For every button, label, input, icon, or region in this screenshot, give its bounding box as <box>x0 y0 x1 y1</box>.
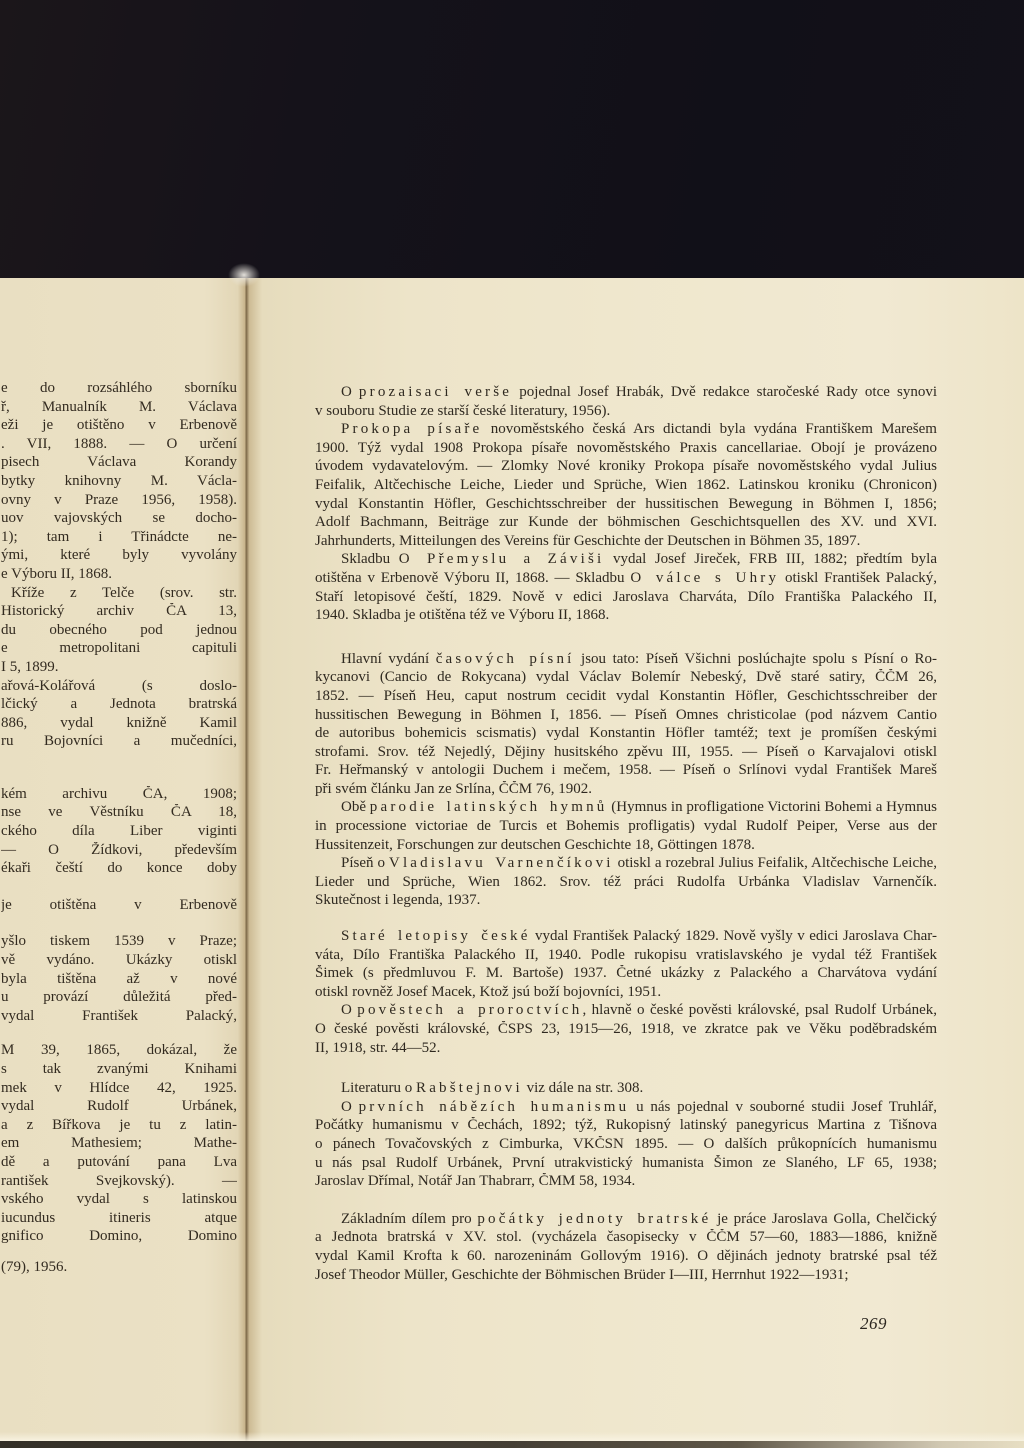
right-page-column: O prozaisaci verše pojednal Josef Hrabák… <box>315 384 937 1285</box>
text-line: a Jednota bratrská v XV. stol. (vycházel… <box>315 1229 937 1248</box>
text-line: Staré letopisy české vydal František Pal… <box>315 928 937 947</box>
text-line: vydal Konstantin Höfler, Geschichtsschre… <box>315 496 937 515</box>
text-line: Lieder und Sprüche, Wien 1862. Srov. též… <box>315 874 937 893</box>
letterspaced-emphasis: O Přemyslu a Záviši <box>399 551 605 567</box>
text-line: Fr. Heřmanský v antologii Duchem i mečem… <box>315 762 937 781</box>
text-line: Adolf Bachmann, Beiträge zur Kunde der b… <box>315 514 937 533</box>
letterspaced-emphasis: Rabštejnovi <box>416 1080 523 1096</box>
text-line: O prozaisaci verše pojednal Josef Hrabák… <box>315 384 937 403</box>
text-line: de autoribus bohemicis scismatis) vydal … <box>315 725 937 744</box>
text-line: 1852. — Píseň Heu, caput nostrum cecidit… <box>315 688 937 707</box>
text-line: při svém článku Jan ze Srlína, ČČM 76, 1… <box>315 781 937 800</box>
text-line: Skutečnost i legenda, 1937. <box>315 892 937 911</box>
text-line: pisech Václava Korandy <box>1 454 237 473</box>
text-line: ékaři čeští do konce doby <box>1 860 237 879</box>
text-line: vydal Kamil Krofta k 60. narozeninám Gol… <box>315 1248 937 1267</box>
text-line: I 5, 1899. <box>1 659 237 678</box>
text-line: Píseň o Vladislavu Varnenčíkovi otiskl a… <box>315 855 937 874</box>
text-line: s tak zvanými Knihami <box>1 1061 237 1080</box>
text-line: kém archivu ČA, 1908; <box>1 786 237 805</box>
text-line: Počátky humanismu v Čechách, 1892; týž, … <box>315 1117 937 1136</box>
text-line: Šimek (s předmluvou F. M. Bartoše) 1937.… <box>315 965 937 984</box>
text-line: vydal Rudolf Urbánek, <box>1 1098 237 1117</box>
text-line: nse ve Věstníku ČA 18, <box>1 804 237 823</box>
text-line: eži je otištěno v Erbenově <box>1 417 237 436</box>
text-line: otištěna v Erbenově Výboru II, 1868. — S… <box>315 570 937 589</box>
text-line: O prvních nábězích humanismu u nás pojed… <box>315 1099 937 1118</box>
text-line: Staří letopisové čeští, 1829. Nově v edi… <box>315 589 937 608</box>
text-line: 1900. Týž vydal 1908 Prokopa písaře novo… <box>315 440 937 459</box>
letterspaced-emphasis: pověstech a proroctvích <box>357 1002 582 1018</box>
text-line: du obecného pod jednou <box>1 622 237 641</box>
gutter-edge-highlight <box>228 263 260 287</box>
text-line: iucundus itineris atque <box>1 1210 237 1229</box>
text-line: ckého díla Liber viginti <box>1 823 237 842</box>
page-number: 269 <box>860 1314 887 1334</box>
text-line: bytky knihovny M. Václa- <box>1 473 237 492</box>
text-line: Prokopa písaře novoměstského česká Ars d… <box>315 421 937 440</box>
text-line: 1); tam i Třinádcte ne- <box>1 529 237 548</box>
text-line: Literaturu o Rabštejnovi viz dále na str… <box>315 1080 937 1099</box>
text-line: v souboru Studie ze starší české literat… <box>315 403 937 422</box>
text-line: Skladbu O Přemyslu a Záviši vydal Josef … <box>315 551 937 570</box>
text-line: u provází důležitá před- <box>1 989 237 1008</box>
text-line: ovny v Praze 1956, 1958). <box>1 492 237 511</box>
text-line: Kříže z Telče (srov. str. <box>1 585 237 604</box>
text-line: e do rozsáhlého sborníku <box>1 380 237 399</box>
text-line: strofami. Srov. též Nejedlý, Dějiny husi… <box>315 744 937 763</box>
letterspaced-emphasis: prvních nábězích humanismu <box>359 1099 630 1115</box>
text-line: yšlo tiskem 1539 v Praze; <box>1 933 237 952</box>
letterspaced-emphasis: Vladislavu Varnenčíkovi <box>389 855 614 871</box>
text-line: Josef Theodor Müller, Geschichte der Böh… <box>315 1267 937 1286</box>
text-line: a z Bířkova je tu z latin- <box>1 1117 237 1136</box>
text-line: dě a putování pana Lva <box>1 1154 237 1173</box>
text-line: o pánech Tovačovských z Cimburka, VKČSN … <box>315 1136 937 1155</box>
text-line: ařová-Kolářová (s doslo- <box>1 678 237 697</box>
text-line: hussitischen Bewegung in Böhmen I, 1856.… <box>315 707 937 726</box>
text-line: ř, Manualník M. Václava <box>1 399 237 418</box>
letterspaced-emphasis: počátky jednoty bratrské <box>477 1211 711 1227</box>
text-line: rantišek Svejkovský). — <box>1 1173 237 1192</box>
text-line: M 39, 1865, dokázal, že <box>1 1042 237 1061</box>
scanner-background <box>0 0 1024 278</box>
text-line: e Výboru II, 1868. <box>1 566 237 585</box>
text-line: in processione victoriae de Turcis et Bo… <box>315 818 937 837</box>
text-line: O české pověsti královské, ČSPS 23, 1915… <box>315 1021 937 1040</box>
text-line: Hussitenzeit, Forschungen zur deutschen … <box>315 837 937 856</box>
text-line: gnifico Domino, Domino <box>1 1228 237 1247</box>
book-scan-photo: { "colors": { "scan_background": "#14121… <box>0 0 1024 1448</box>
letterspaced-emphasis: časových písní <box>436 651 575 667</box>
text-line: byla tištěna až v nové <box>1 971 237 990</box>
text-line: kycanovi (Cancio de Rokycana) vydal Václ… <box>315 669 937 688</box>
text-line: e metropolitani capituli <box>1 640 237 659</box>
text-line: lčický a Jednota bratrská <box>1 696 237 715</box>
text-line: Základním dílem pro počátky jednoty brat… <box>315 1211 937 1230</box>
letterspaced-emphasis: parodie latinských hymnů <box>370 799 608 815</box>
text-line: II, 1918, str. 44—52. <box>315 1040 937 1059</box>
letterspaced-emphasis: Staré letopisy české <box>341 928 531 944</box>
text-line: Obě parodie latinských hymnů (Hymnus in … <box>315 799 937 818</box>
text-line: vského vydal s latinskou <box>1 1191 237 1210</box>
page-bottom-edge-highlight <box>0 1432 1024 1441</box>
text-line: úvodem vydavatelovým. — Zlomky Nové kron… <box>315 458 937 477</box>
page-bottom-edge-shadow <box>0 1441 1024 1448</box>
text-line: — O Žídkovi, především <box>1 842 237 861</box>
text-line: vydal František Palacký, <box>1 1008 237 1027</box>
letterspaced-emphasis: O válce s Uhry <box>630 570 779 586</box>
text-line: mek v Hlídce 42, 1925. <box>1 1080 237 1099</box>
text-line: vě vydáno. Ukázky otiskl <box>1 952 237 971</box>
text-line: Jaroslav Dřímal, Notář Jan Thabrarr, ČMM… <box>315 1173 937 1192</box>
text-line: u nás psal Rudolf Urbánek, První utrakvi… <box>315 1155 937 1174</box>
text-line: Jahrhunderts, Mitteilungen des Vereins f… <box>315 533 937 552</box>
text-line: uov vajovských se docho- <box>1 510 237 529</box>
text-line: je otištěna v Erbenově <box>1 897 237 916</box>
text-line: em Mathesiem; Mathe- <box>1 1135 237 1154</box>
text-line: . VII, 1888. — O určení <box>1 436 237 455</box>
letterspaced-emphasis: Prokopa písaře <box>341 421 482 437</box>
text-line: 886, vydal knižně Kamil <box>1 715 237 734</box>
text-line: Hlavní vydání časových písní jsou tato: … <box>315 651 937 670</box>
text-line: ru Bojovníci a mučedníci, <box>1 733 237 752</box>
text-line: O pověstech a proroctvích, hlavně o česk… <box>315 1002 937 1021</box>
text-line: váta, Dílo Františka Palackého II, 1940.… <box>315 947 937 966</box>
letterspaced-emphasis: prozaisaci verše <box>359 384 512 400</box>
text-line: Historický archiv ČA 13, <box>1 603 237 622</box>
text-line: (79), 1956. <box>1 1259 237 1278</box>
text-line: Feifalik, Altčechische Leiche, Lieder un… <box>315 477 937 496</box>
text-line: otiskl rovněž Josef Macek, Ktož jsú boží… <box>315 984 937 1003</box>
text-line: 1940. Skladba je otištěna též ve Výboru … <box>315 607 937 626</box>
text-line: ými, které byly vyvolány <box>1 547 237 566</box>
left-page-column: e do rozsáhlého sborníkuř, Manualník M. … <box>1 380 237 1278</box>
